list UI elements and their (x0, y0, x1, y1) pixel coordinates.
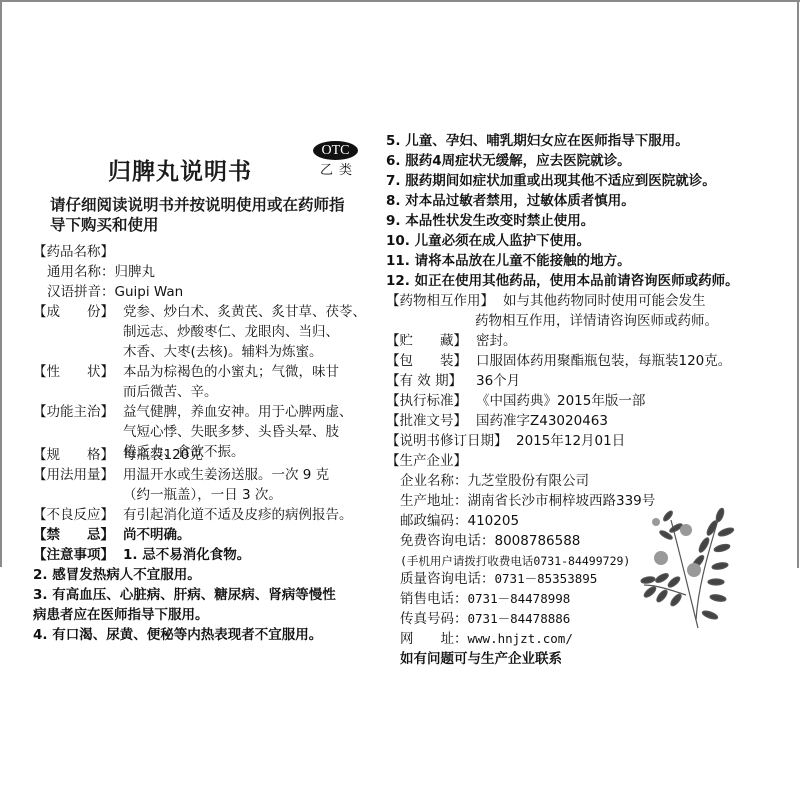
company-name: 九芝堂股份有限公司 (468, 473, 590, 489)
ingredients-line: 制远志、炒酸枣仁、龙眼肉、当归、 (123, 322, 339, 342)
precaution-item: 12. 如正在使用其他药品，使用本品前请咨询医师或药师。 (386, 271, 739, 291)
adverse-label: 【不良反应】 (33, 505, 114, 525)
spec-label: 【规 格】 (33, 445, 114, 465)
precaution-item: 9. 本品性状发生改变时禁止使用。 (386, 211, 594, 231)
revision-value: 2015年12月01日 (516, 431, 625, 451)
spec-value: 每瓶装120克 (123, 445, 203, 465)
website-row: 网 址：www.hnjzt.com/ (400, 629, 573, 649)
approval-value: 国药准字Z43020463 (476, 411, 608, 431)
document-title: 归脾丸说明书 (108, 153, 252, 186)
generic-name-row: 通用名称：归脾丸 (47, 262, 155, 282)
sales-phone: 0731－84478998 (468, 591, 571, 606)
ingredients-line: 木香、大枣(去核)。辅料为炼蜜。 (123, 342, 323, 362)
contra-label: 【禁 忌】 (33, 525, 114, 545)
quality-label: 质量咨询电话： (400, 571, 495, 587)
fax-value: 0731－84478886 (468, 611, 571, 626)
address-value: 湖南省长沙市桐梓坡西路339号 (468, 493, 656, 509)
quality-phone: 0731－85353895 (495, 571, 598, 586)
pinyin: Guipi Wan (115, 284, 184, 300)
sales-row: 销售电话：0731－84478998 (400, 589, 570, 609)
precautions-label: 【注意事项】 (33, 545, 114, 565)
storage-label: 【贮 藏】 (386, 331, 467, 351)
precaution-item: 病患者应在医师指导下服用。 (33, 605, 209, 625)
dosage-line: 用温开水或生姜汤送服。一次 9 克 (123, 465, 329, 485)
postcode-value: 410205 (468, 513, 520, 529)
usage-warning: 请仔细阅读说明书并按说明使用或在药师指导下购买和使用 (50, 195, 355, 235)
revision-label: 【说明书修订日期】 (386, 431, 508, 451)
contra-value: 尚不明确。 (123, 525, 191, 545)
frame-right-border (797, 0, 799, 568)
appearance-line: 而后微苦、辛。 (123, 382, 218, 402)
generic-name: 归脾丸 (115, 264, 156, 280)
indications-line: 气短心悸、失眠多梦、头昏头晕、肢 (123, 422, 339, 442)
postcode-label: 邮政编码： (400, 513, 468, 529)
quality-row: 质量咨询电话：0731－85353895 (400, 569, 597, 589)
frame-left-border (0, 0, 2, 567)
precaution-item: 5. 儿童、孕妇、哺乳期妇女应在医师指导下服用。 (386, 131, 689, 151)
precaution-item: 1. 忌不易消化食物。 (123, 545, 250, 565)
precaution-item: 3. 有高血压、心脏病、肝病、糖尿病、肾病等慢性 (33, 585, 336, 605)
standard-label: 【执行标准】 (386, 391, 467, 411)
mobile-note: (手机用户请拨打收费电话0731-84499729) (400, 551, 630, 571)
precaution-item: 2. 感冒发热病人不宜服用。 (33, 565, 201, 585)
indications-line: 益气健脾，养血安神。用于心脾两虚、 (123, 402, 353, 422)
hotline-row: 免费咨询电话：8008786588 (400, 531, 580, 551)
expiry-label: 【有 效 期】 (386, 371, 462, 391)
herb-illustration-icon (636, 500, 746, 630)
precaution-item: 11. 请将本品放在儿童不能接触的地方。 (386, 251, 631, 271)
dosage-label: 【用法用量】 (33, 465, 114, 485)
pinyin-label: 汉语拼音： (47, 284, 115, 300)
contact-note: 如有问题可与生产企业联系 (400, 649, 562, 669)
website-value[interactable]: www.hnjzt.com/ (468, 631, 573, 646)
address-row: 生产地址：湖南省长沙市桐梓坡西路339号 (400, 491, 655, 511)
interaction-line: 药物相互作用，详情请咨询医师或药师。 (475, 311, 718, 331)
precaution-item: 6. 服药4周症状无缓解，应去医院就诊。 (386, 151, 631, 171)
storage-value: 密封。 (476, 331, 517, 351)
ingredients-line: 党参、炒白术、炙黄芪、炙甘草、茯苓、 (123, 302, 366, 322)
hotline-value: 8008786588 (495, 533, 581, 549)
package-label: 【包 装】 (386, 351, 467, 371)
manufacturer-header: 【生产企业】 (386, 451, 467, 471)
company-label: 企业名称： (400, 473, 468, 489)
otc-class-label: 乙类 (320, 159, 358, 178)
standard-value: 《中国药典》2015年版一部 (476, 391, 645, 411)
precaution-item: 7. 服药期间如症状加重或出现其他不适应到医院就诊。 (386, 171, 716, 191)
postcode-row: 邮政编码：410205 (400, 511, 519, 531)
interaction-label: 【药物相互作用】 (386, 291, 494, 311)
drug-name-header: 【药品名称】 (33, 242, 114, 262)
interaction-line: 如与其他药物同时使用可能会发生 (503, 291, 706, 311)
expiry-value: 36个月 (476, 371, 520, 391)
fax-row: 传真号码：0731－84478886 (400, 609, 570, 629)
otc-badge: OTC (313, 141, 358, 160)
adverse-value: 有引起消化道不适及皮疹的病例报告。 (123, 505, 353, 525)
hotline-label: 免费咨询电话： (400, 533, 495, 549)
precaution-item: 8. 对本品过敏者禁用，过敏体质者慎用。 (386, 191, 635, 211)
appearance-line: 本品为棕褐色的小蜜丸；气微，味甘 (123, 362, 339, 382)
frame-top-border (0, 0, 800, 2)
sales-label: 销售电话： (400, 591, 468, 607)
company-row: 企业名称：九芝堂股份有限公司 (400, 471, 589, 491)
package-value: 口服固体药用聚酯瓶包装，每瓶装120克。 (476, 351, 731, 371)
precaution-item: 10. 儿童必须在成人监护下使用。 (386, 231, 590, 251)
ingredients-label: 【成 份】 (33, 302, 114, 322)
appearance-label: 【性 状】 (33, 362, 114, 382)
indications-label: 【功能主治】 (33, 402, 114, 422)
generic-name-label: 通用名称： (47, 264, 115, 280)
dosage-line: （约一瓶盖），一日 3 次。 (123, 485, 282, 505)
address-label: 生产地址： (400, 493, 468, 509)
pinyin-row: 汉语拼音：Guipi Wan (47, 282, 183, 302)
website-label: 网 址： (400, 631, 468, 647)
fax-label: 传真号码： (400, 611, 468, 627)
approval-label: 【批准文号】 (386, 411, 467, 431)
precaution-item: 4. 有口渴、尿黄、便秘等内热表现者不宜服用。 (33, 625, 322, 645)
